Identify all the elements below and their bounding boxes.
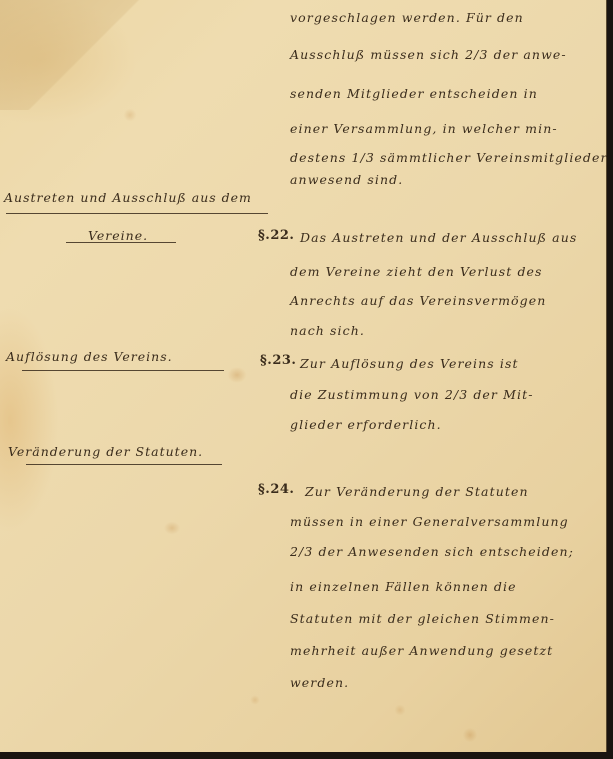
paragraph-number: §.24.	[258, 482, 294, 497]
text-line: nach sich.	[290, 323, 365, 338]
text-line: werden.	[290, 675, 349, 690]
margin-heading: Vereine.	[88, 228, 148, 243]
paragraph-number: §.23.	[260, 353, 296, 368]
paragraph-number: §.22.	[258, 228, 294, 243]
text-line: einer Versammlung, in welcher min-	[290, 121, 558, 136]
text-line: in einzelnen Fällen können die	[290, 579, 517, 594]
text-line: destens 1/3 sämmtlicher Vereinsmitgliede…	[290, 150, 608, 165]
text-line: senden Mitglieder entscheiden in	[290, 86, 538, 101]
text-line: anwesend sind.	[290, 172, 403, 187]
text-line: Ausschluß müssen sich 2/3 der anwe-	[290, 47, 567, 62]
text-line: Zur Veränderung der Statuten	[305, 484, 529, 499]
text-line: dem Vereine zieht den Verlust des	[290, 264, 543, 279]
heading-underline	[6, 213, 268, 214]
text-line: Zur Auflösung des Vereins ist	[300, 356, 519, 371]
heading-underline	[66, 242, 176, 243]
text-line: Anrechts auf das Vereinsvermögen	[290, 293, 546, 308]
folded-corner	[0, 0, 140, 110]
text-line: 2/3 der Anwesenden sich entscheiden;	[290, 544, 574, 559]
text-line: Statuten mit der gleichen Stimmen-	[290, 611, 555, 626]
text-line: mehrheit außer Anwendung gesetzt	[290, 643, 553, 658]
text-line: vorgeschlagen werden. Für den	[290, 10, 524, 25]
manuscript-page: vorgeschlagen werden. Für den Ausschluß …	[0, 0, 607, 752]
heading-underline	[26, 464, 222, 465]
text-line: glieder erforderlich.	[290, 417, 442, 432]
text-line: Das Austreten und der Ausschluß aus	[300, 230, 577, 245]
text-line: die Zustimmung von 2/3 der Mit-	[290, 387, 534, 402]
margin-heading: Veränderung der Statuten.	[8, 444, 203, 459]
margin-heading: Auflösung des Vereins.	[6, 349, 173, 364]
text-line: müssen in einer Generalversammlung	[290, 514, 569, 529]
heading-underline	[22, 370, 224, 371]
margin-heading: Austreten und Ausschluß aus dem	[4, 190, 252, 205]
